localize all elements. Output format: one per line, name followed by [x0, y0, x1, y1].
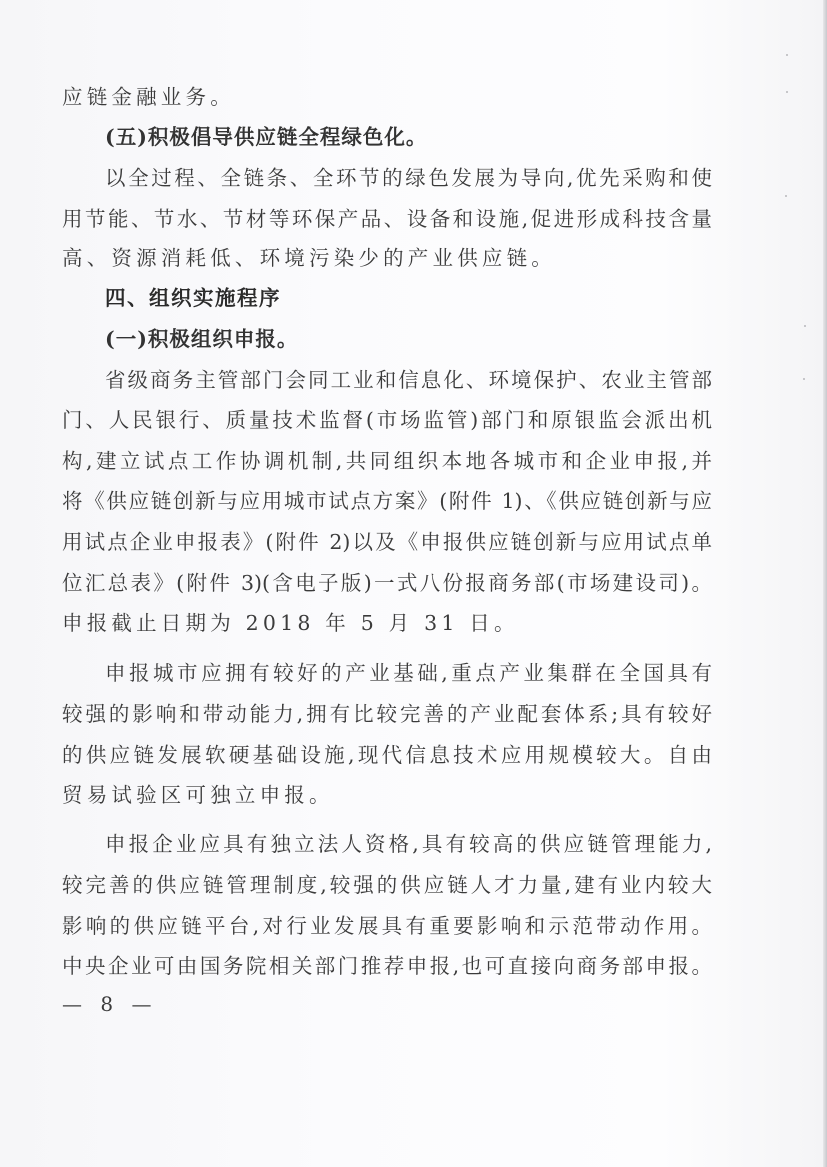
paragraph-line: 用节能、节水、节材等环保产品、设备和设施,促进形成科技含量	[62, 206, 712, 232]
section-heading-implementation: 四、组织实施程序	[105, 285, 712, 311]
paragraph-line: 影响的供应链平台,对行业发展具有重要影响和示范带动作用。	[62, 913, 712, 939]
paragraph-line: 以全过程、全链条、全环节的绿色发展为导向,优先采购和使	[105, 165, 712, 191]
scan-speck	[786, 91, 788, 93]
paragraph-line: 用试点企业申报表》(附件 2)以及《申报供应链创新与应用试点单	[62, 529, 712, 555]
paragraph-line: 中央企业可由国务院相关部门推荐申报,也可直接向商务部申报。	[62, 953, 712, 979]
page-edge-shadow	[823, 0, 827, 1167]
paragraph-line: 的供应链发展软硬基础设施,现代信息技术应用规模较大。自由	[62, 742, 712, 768]
deadline-line: 申报截止日期为 2018 年 5 月 31 日。	[62, 610, 712, 636]
paragraph-line: 贸易试验区可独立申报。	[62, 782, 712, 808]
paragraph-line: 位汇总表》(附件 3)(含电子版)一式八份报商务部(市场建设司)。	[62, 570, 712, 596]
paragraph-line: 高、资源消耗低、环境污染少的产业供应链。	[62, 245, 712, 271]
paragraph-line: 较完善的供应链管理制度,较强的供应链人才力量,建有业内较大	[62, 872, 712, 898]
page-number: — 8 —	[62, 992, 157, 1016]
paragraph-line: 将《供应链创新与应用城市试点方案》(附件 1)、《供应链创新与应	[62, 488, 712, 514]
paragraph-line: 申报城市应拥有较好的产业基础,重点产业集群在全国具有	[105, 660, 712, 686]
paragraph-line: 构,建立试点工作协调机制,共同组织本地各城市和企业申报,并	[62, 448, 712, 474]
scan-speck	[785, 195, 787, 197]
subheading-green-supply-chain: (五)积极倡导供应链全程绿色化。	[105, 124, 712, 150]
scan-speck	[786, 54, 788, 56]
paragraph-line: 省级商务主管部门会同工业和信息化、环境保护、农业主管部	[105, 367, 712, 393]
paragraph-line: 门、人民银行、质量技术监督(市场监管)部门和原银监会派出机	[62, 407, 712, 433]
scan-speck	[804, 325, 806, 327]
document-page: 应链金融业务。 (五)积极倡导供应链全程绿色化。 以全过程、全链条、全环节的绿色…	[0, 0, 827, 1167]
scan-speck	[803, 378, 805, 380]
paragraph-line: 较强的影响和带动能力,拥有比较完善的产业配套体系;具有较好	[62, 701, 712, 727]
continuation-line: 应链金融业务。	[62, 84, 712, 110]
paragraph-line: 申报企业应具有独立法人资格,具有较高的供应链管理能力,	[105, 831, 712, 857]
subheading-organize-application: (一)积极组织申报。	[105, 326, 712, 352]
